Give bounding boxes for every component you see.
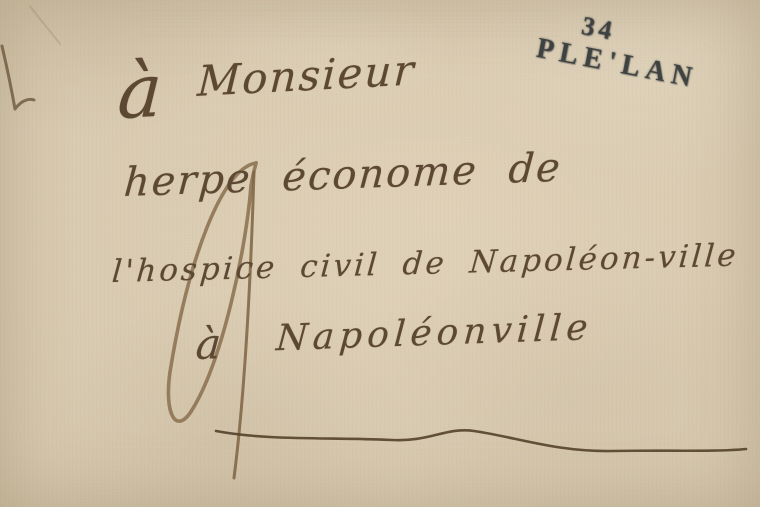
recipient-monsieur: Monsieur — [196, 45, 417, 106]
address-line-salutation: à Monsieur — [116, 40, 417, 130]
left-edge-stroke — [2, 46, 34, 109]
underline-flourish — [216, 430, 746, 451]
watermark-band — [140, 10, 560, 36]
salutation-a: à — [116, 54, 164, 131]
letter-scan: 34 PLE'LAN à Monsieur herpe économe de l… — [0, 0, 760, 507]
address-line-town: à Napoléonville — [194, 306, 594, 369]
address-line-institution: l'hospice civil de Napoléon-ville — [111, 238, 741, 290]
postmark-stamp: 34 PLE'LAN — [534, 3, 723, 98]
town-a: à — [194, 319, 222, 369]
address-line-name: herpe économe de — [122, 145, 563, 206]
town-name: Napoléonville — [275, 307, 594, 359]
scratch-mark — [30, 6, 60, 44]
